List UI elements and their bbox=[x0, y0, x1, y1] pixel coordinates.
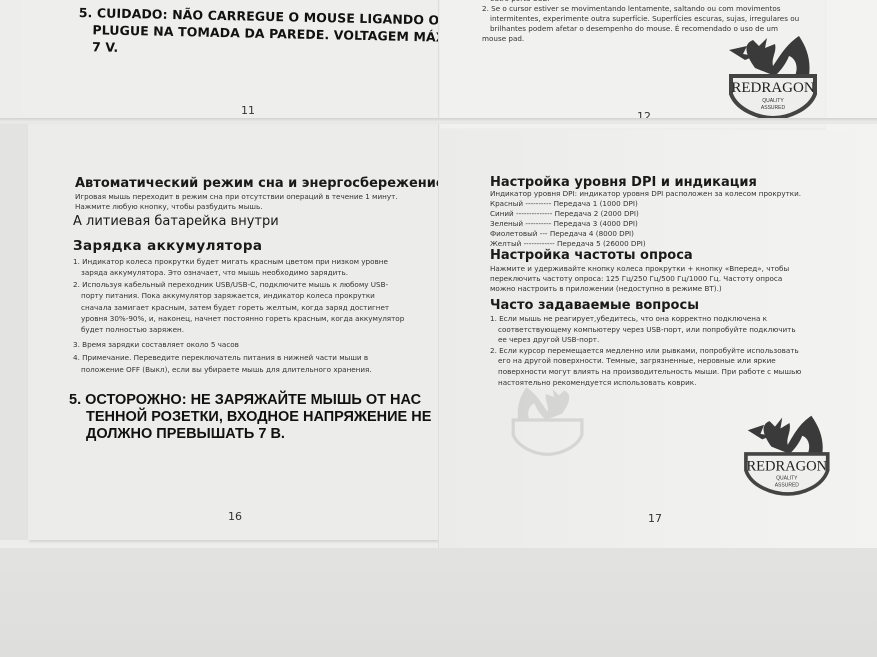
redragon-logo: REDRAGON QUALITY ASSURED bbox=[735, 408, 835, 502]
dragon-logo-icon: REDRAGON QUALITY ASSURED bbox=[735, 408, 835, 498]
text-line: переключить частоту опроса: 125 Гц/250 Г… bbox=[490, 274, 789, 284]
dpi-color-label: Фиолетовый bbox=[490, 229, 537, 238]
list-item: ее через другой USB-порт. bbox=[490, 335, 801, 346]
dpi-gear-label: Передача 4 (8000 DPI) bbox=[550, 229, 634, 238]
dpi-dots: ---------- bbox=[523, 199, 554, 208]
page-11: 5. CUIDADO: NÃO CARREGUE O MOUSE LIGANDO… bbox=[22, 0, 437, 118]
warning-line: ТЕННОЙ РОЗЕТКИ, ВХОДНОЕ НАПРЯЖЕНИЕ НЕ bbox=[69, 409, 431, 426]
dpi-level-row: Красный ---------- Передача 1 (1000 DPI) bbox=[490, 199, 646, 209]
warning-line: ДОЛЖНО ПРЕВЫШАТЬ 7 В. bbox=[69, 426, 431, 443]
page-17: Настройка уровня DPI и индикация Индикат… bbox=[440, 130, 877, 548]
dpi-intro: Индикатор уровня DPI: индикатор уровня D… bbox=[490, 189, 801, 199]
warning-line: 5. ОСТОРОЖНО: НЕ ЗАРЯЖАЙТЕ МЫШЬ ОТ НАС bbox=[69, 392, 431, 409]
sleep-text: Игровая мышь переходит в режим сна при о… bbox=[75, 192, 398, 212]
section-title-charging: Зарядка аккумулятора bbox=[73, 238, 262, 254]
page-16: Автоматический режим сна и энергосбереже… bbox=[28, 122, 438, 540]
svg-text:REDRAGON: REDRAGON bbox=[746, 458, 827, 474]
dpi-dots: ------------ bbox=[521, 239, 557, 248]
list-item: уровня 30%-90%, и, наконец, начнет посто… bbox=[73, 313, 404, 324]
dpi-dots: --- bbox=[537, 229, 549, 238]
polling-text: Нажмите и удерживайте кнопку колеса прок… bbox=[490, 264, 789, 294]
dpi-color-label: Желтый bbox=[490, 239, 521, 248]
dpi-color-label: Красный bbox=[490, 199, 523, 208]
section-title-dpi: Настройка уровня DPI и индикация bbox=[490, 175, 757, 190]
page-number: 11 bbox=[241, 104, 255, 117]
svg-text:QUALITY: QUALITY bbox=[762, 98, 784, 104]
svg-text:REDRAGON: REDRAGON bbox=[731, 80, 815, 96]
svg-text:ASSURED: ASSURED bbox=[761, 105, 786, 111]
list-item: 2. Если курсор перемещается медленно или… bbox=[490, 346, 801, 357]
list-item: сначала замигает красным, затем будет го… bbox=[73, 302, 404, 313]
page-edge-left bbox=[0, 120, 28, 540]
faq-line: intermitentes, experimente outra superfí… bbox=[482, 14, 799, 24]
charging-list: 1. Индикатор колеса прокрутки будет мига… bbox=[73, 256, 404, 375]
dpi-levels-list: Красный ---------- Передача 1 (1000 DPI)… bbox=[490, 199, 646, 249]
dpi-dots: -------------- bbox=[514, 209, 555, 218]
dpi-level-row: Синий -------------- Передача 2 (2000 DP… bbox=[490, 209, 646, 219]
dpi-dots: ---------- bbox=[523, 219, 554, 228]
faq-list: 1. Если мышь не реагирует,убедитесь, что… bbox=[490, 314, 801, 388]
list-item: 4. Примечание. Переведите переключатель … bbox=[73, 352, 404, 363]
list-item: будет полностью заряжен. bbox=[73, 324, 404, 335]
redragon-logo: REDRAGON QUALITY ASSURED bbox=[715, 34, 825, 122]
fold-vertical bbox=[438, 0, 440, 548]
dpi-gear-label: Передача 1 (1000 DPI) bbox=[554, 199, 638, 208]
text-line: можно настроить в приложении (недоступно… bbox=[490, 284, 789, 294]
page-12: outro porta USB. 2. Se o cursor estiver … bbox=[440, 0, 825, 128]
list-item: 3. Время зарядки составляет около 5 часо… bbox=[73, 339, 404, 350]
section-title-battery: А литиевая батарейка внутри bbox=[73, 214, 279, 229]
dragon-logo-icon: REDRAGON QUALITY ASSURED bbox=[715, 34, 825, 118]
fold-horizontal bbox=[0, 118, 877, 124]
section-title-polling: Настройка частоты опроса bbox=[490, 248, 693, 263]
dpi-level-row: Фиолетовый --- Передача 4 (8000 DPI) bbox=[490, 229, 646, 239]
section-title-sleep: Автоматический режим сна и энергосбереже… bbox=[75, 176, 445, 191]
warning-pt: 5. CUIDADO: NÃO CARREGUE O MOUSE LIGANDO… bbox=[78, 4, 473, 63]
list-item: 1. Индикатор колеса прокрутки будет мига… bbox=[73, 256, 404, 267]
bleed-through-logo bbox=[505, 380, 595, 464]
dpi-gear-label: Передача 3 (4000 DPI) bbox=[554, 219, 638, 228]
svg-text:QUALITY: QUALITY bbox=[776, 475, 798, 481]
text-line: Игровая мышь переходит в режим сна при о… bbox=[75, 192, 398, 202]
list-item: соответствующему компьютеру через USB-по… bbox=[490, 325, 801, 336]
dpi-gear-label: Передача 5 (26000 DPI) bbox=[557, 239, 646, 248]
list-item: положение OFF (Выкл), если вы убираете м… bbox=[73, 364, 404, 375]
text-line: Нажмите и удерживайте кнопку колеса прок… bbox=[490, 264, 789, 274]
dpi-color-label: Зеленый bbox=[490, 219, 523, 228]
list-item: порту питания. Пока аккумулятор заряжает… bbox=[73, 290, 404, 301]
page-number: 16 bbox=[228, 510, 242, 523]
list-item: 2. Используя кабельный переходник USB/US… bbox=[73, 279, 404, 290]
list-item: его на другой поверхности. Темные, загря… bbox=[490, 356, 801, 367]
text-line: Нажмите любую кнопку, чтобы разбудить мы… bbox=[75, 202, 398, 212]
manual-sheet: 5. CUIDADO: NÃO CARREGUE O MOUSE LIGANDO… bbox=[0, 0, 877, 548]
warning-ru: 5. ОСТОРОЖНО: НЕ ЗАРЯЖАЙТЕ МЫШЬ ОТ НАС Т… bbox=[69, 392, 431, 443]
dpi-gear-label: Передача 2 (2000 DPI) bbox=[555, 209, 639, 218]
dpi-level-row: Зеленый ---------- Передача 3 (4000 DPI) bbox=[490, 219, 646, 229]
list-item: поверхности могут влиять на производител… bbox=[490, 367, 801, 378]
dpi-color-label: Синий bbox=[490, 209, 514, 218]
svg-text:ASSURED: ASSURED bbox=[775, 483, 800, 489]
list-item: заряда аккумулятора. Это означает, что м… bbox=[73, 267, 404, 278]
faq-line: brilhantes podem afetar o desempenho do … bbox=[482, 24, 799, 34]
faq-line: 2. Se o cursor estiver se movimentando l… bbox=[482, 4, 799, 14]
list-item: 1. Если мышь не реагирует,убедитесь, что… bbox=[490, 314, 801, 325]
section-title-faq: Часто задаваемые вопросы bbox=[490, 298, 699, 313]
dragon-logo-icon bbox=[505, 380, 595, 460]
page-number: 17 bbox=[648, 512, 662, 525]
